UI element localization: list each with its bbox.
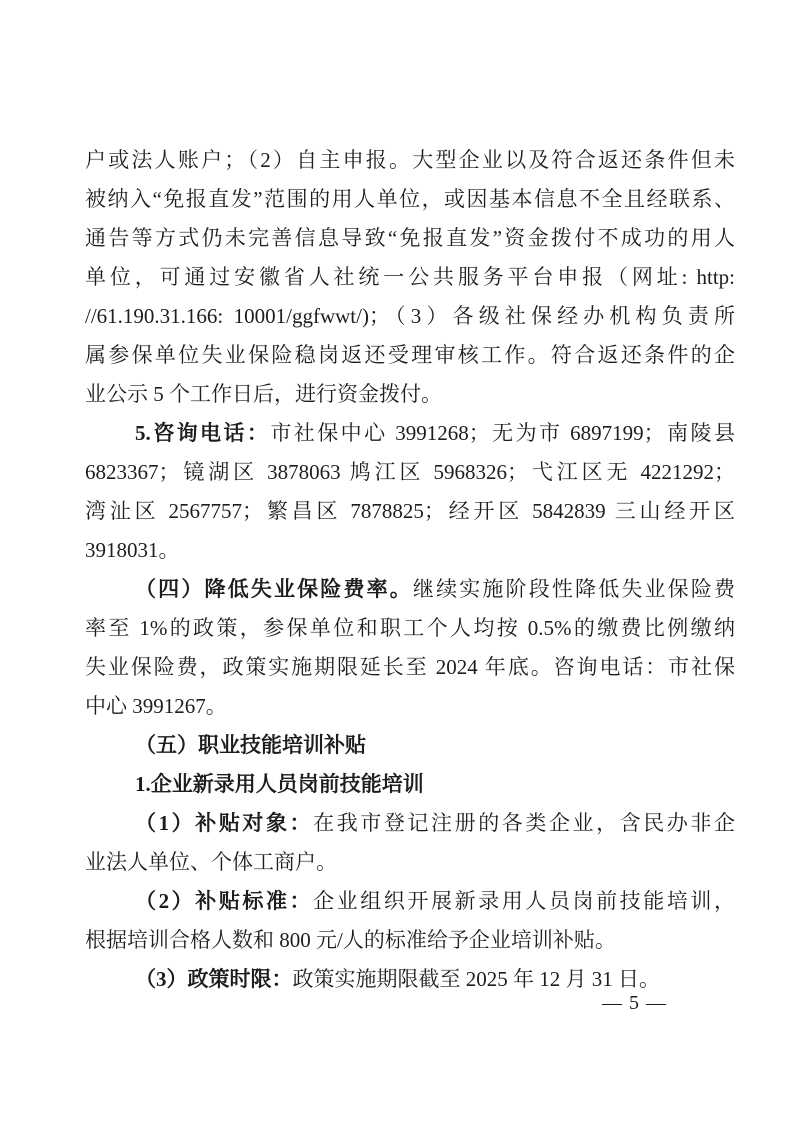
text-run: 市社保中心 3991268；无为市 6897199；南陵县 [270,421,735,445]
paragraph: 1.企业新录用人员岗前技能培训 [85,765,735,804]
text-line: 通告等方式仍未完善信息导致“免报直发”资金拨付不成功的用人 [85,219,735,258]
text-line: 业法人单位、个体工商户。 [85,843,735,882]
bold-text-run: （1）补贴对象： [135,811,313,835]
document-page: 户或法人账户；（2）自主申报。大型企业以及符合返还条件但未被纳入“免报直发”范围… [0,0,793,1122]
paragraph: （2）补贴标准：企业组织开展新录用人员岗前技能培训，根据培训合格人数和 800 … [85,882,735,960]
text-line: 6823367；镜湖区 3878063 鸠江区 5968326；弋江区无 422… [85,453,735,492]
text-run: 6823367；镜湖区 3878063 鸠江区 5968326；弋江区无 422… [85,460,735,484]
text-line: //61.190.31.166: 10001/ggfwwt/)；（3）各级社保经… [85,297,735,336]
text-run: 业公示 5 个工作日后，进行资金拨付。 [85,382,442,406]
paragraph: 户或法人账户；（2）自主申报。大型企业以及符合返还条件但未被纳入“免报直发”范围… [85,141,735,414]
text-line: 率至 1%的政策，参保单位和职工个人均按 0.5%的缴费比例缴纳 [85,609,735,648]
text-run: 失业保险费，政策实施期限延长至 2024 年底。咨询电话：市社保 [85,655,735,679]
text-run: 被纳入“免报直发”范围的用人单位，或因基本信息不全且经联系、 [85,187,735,211]
bold-text-run: （2）补贴标准： [135,889,313,913]
text-line: （1）补贴对象：在我市登记注册的各类企业，含民办非企 [85,804,735,843]
text-run: 在我市登记注册的各类企业，含民办非企 [313,811,735,835]
text-line: （四）降低失业保险费率。继续实施阶段性降低失业保险费 [85,570,735,609]
paragraph: （四）降低失业保险费率。继续实施阶段性降低失业保险费率至 1%的政策，参保单位和… [85,570,735,726]
text-line: 业公示 5 个工作日后，进行资金拨付。 [85,375,735,414]
text-run: 中心 3991267。 [85,694,227,718]
bold-text-run: 1.企业新录用人员岗前技能培训 [135,772,424,796]
text-line: （2）补贴标准：企业组织开展新录用人员岗前技能培训， [85,882,735,921]
text-run: 3918031。 [85,538,180,562]
text-run: 属参保单位失业保险稳岗返还受理审核工作。符合返还条件的企 [85,343,735,367]
text-run: 政策实施期限截至 2025 年 12 月 31 日。 [293,967,661,991]
text-run: 湾沚区 2567757；繁昌区 7878825；经开区 5842839 三山经开… [85,499,735,523]
body-text: 户或法人账户；（2）自主申报。大型企业以及符合返还条件但未被纳入“免报直发”范围… [85,141,735,999]
paragraph: （1）补贴对象：在我市登记注册的各类企业，含民办非企业法人单位、个体工商户。 [85,804,735,882]
text-line: 属参保单位失业保险稳岗返还受理审核工作。符合返还条件的企 [85,336,735,375]
text-line: 1.企业新录用人员岗前技能培训 [85,765,735,804]
bold-text-run: 5.咨询电话： [135,421,270,445]
text-run: 根据培训合格人数和 800 元/人的标准给予企业培训补贴。 [85,928,616,952]
bold-text-run: （3）政策时限： [135,967,293,991]
text-line: 3918031。 [85,531,735,570]
page-number: — 5 — [602,991,667,1015]
text-run: 户或法人账户；（2）自主申报。大型企业以及符合返还条件但未 [85,148,735,172]
paragraph: （五）职业技能培训补贴 [85,726,735,765]
text-run: 继续实施阶段性降低失业保险费 [413,577,735,601]
text-line: 户或法人账户；（2）自主申报。大型企业以及符合返还条件但未 [85,141,735,180]
text-line: 被纳入“免报直发”范围的用人单位，或因基本信息不全且经联系、 [85,180,735,219]
text-line: （五）职业技能培训补贴 [85,726,735,765]
text-line: 根据培训合格人数和 800 元/人的标准给予企业培训补贴。 [85,921,735,960]
text-run: //61.190.31.166: 10001/ggfwwt/)；（3）各级社保经… [85,304,735,328]
bold-text-run: （四）降低失业保险费率。 [135,577,413,601]
text-run: 通告等方式仍未完善信息导致“免报直发”资金拨付不成功的用人 [85,226,735,250]
paragraph: 5.咨询电话：市社保中心 3991268；无为市 6897199；南陵县6823… [85,414,735,570]
text-run: 企业组织开展新录用人员岗前技能培训， [313,889,735,913]
bold-text-run: （五）职业技能培训补贴 [135,733,366,757]
text-run: 率至 1%的政策，参保单位和职工个人均按 0.5%的缴费比例缴纳 [85,616,735,640]
text-line: 单位，可通过安徽省人社统一公共服务平台申报（网址: http: [85,258,735,297]
text-line: 失业保险费，政策实施期限延长至 2024 年底。咨询电话：市社保 [85,648,735,687]
text-run: 单位，可通过安徽省人社统一公共服务平台申报（网址: http: [85,265,735,289]
text-run: 业法人单位、个体工商户。 [85,850,337,874]
text-line: 中心 3991267。 [85,687,735,726]
text-line: 5.咨询电话：市社保中心 3991268；无为市 6897199；南陵县 [85,414,735,453]
text-line: 湾沚区 2567757；繁昌区 7878825；经开区 5842839 三山经开… [85,492,735,531]
